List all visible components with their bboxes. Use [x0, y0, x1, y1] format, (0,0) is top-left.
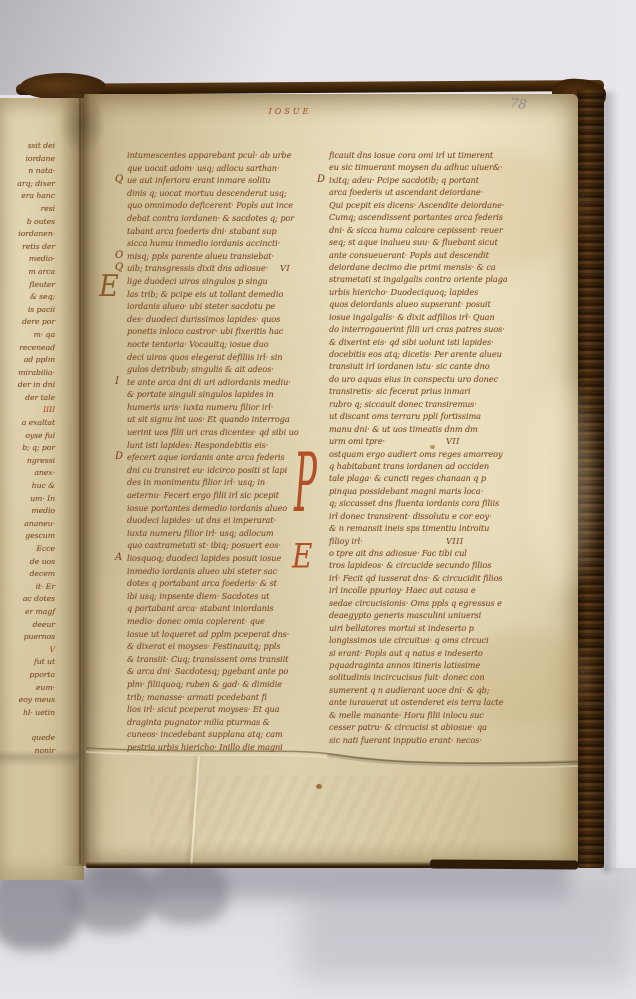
manuscript-text-line: IIII — [0, 404, 58, 417]
manuscript-text-line: rubro q; siccauit donec transiremus· — [329, 399, 521, 411]
line-text: dinis q; uocat mortuu descenderut usq; — [127, 188, 287, 198]
line-text: ut sit signu int uos· Et quando interrog… — [127, 414, 290, 424]
line-text: m arca — [28, 267, 55, 276]
manuscript-text-line: tale plaga· & cuncti reges chanaan q p — [329, 473, 521, 485]
manuscript-text-line: ponetis inloco castror· ubi fixeritis ha… — [127, 326, 307, 339]
line-text: que uocat adom· usq; adlocu sarthan· — [127, 163, 279, 173]
manuscript-text-line: iosue portantes demedio iordanis alueo — [127, 503, 307, 516]
manuscript-text-line: irl incolle ppurioy· Haec aut causa e — [329, 585, 521, 597]
manuscript-text-line: Ecce — [0, 543, 58, 556]
facing-page-fold-shadow — [0, 750, 84, 767]
line-text: deaegypto generis masculini uniuersi — [329, 610, 481, 620]
manuscript-text-line: pinqua possidebant magni maris loca· — [329, 486, 521, 498]
manuscript-text-line: urbis hiericho· Duodeciquoq; lapides — [329, 287, 521, 299]
line-text: iosue portantes demedio iordanis alueo — [127, 503, 287, 513]
line-text: ananeu· — [24, 519, 55, 528]
line-text: medio — [31, 506, 55, 515]
manuscript-text-line: seq; st aque inalueu suu· & fluebant sic… — [329, 237, 521, 249]
line-text: it· Er — [36, 582, 55, 591]
line-text: hl· uetin — [23, 708, 55, 717]
manuscript-text-line: Que aut inferiora erant inmare solitu — [127, 175, 307, 188]
line-text: dotes q portabant arca foederis· & st — [127, 578, 277, 588]
manuscript-text-line: dere por — [0, 316, 58, 329]
manuscript-text-line: aeternu· Fecert ergo filii irl sic pcepi… — [127, 490, 307, 503]
line-text: uib; transgressis dixit dns adiosue· — [127, 263, 268, 273]
manuscript-text-line: & n remansit ineis sps timentiu introitu — [329, 523, 521, 535]
parchment-stain — [530, 380, 590, 590]
manuscript-text-line: filioy irl·VIII — [329, 536, 521, 548]
manuscript-text-line: mirabilia· — [0, 367, 58, 380]
line-text: q habitabant trans iordanen ad occiden — [329, 461, 489, 471]
line-text: tros lapideos· & circucide secundo filio… — [329, 560, 491, 570]
manuscript-text-line: dinis q; uocat mortuu descenderut usq; — [127, 188, 307, 201]
line-text: aeternu· Fecert ergo filii irl sic pcepi… — [127, 490, 279, 500]
manuscript-text-line: V — [0, 644, 58, 657]
manuscript-text-line: ficauit dns iosue cora omi irl ut timere… — [329, 150, 521, 162]
line-text: si erant· Popls aut q natus e indeserto — [329, 648, 483, 658]
manuscript-text-line: iordanen· — [0, 228, 58, 241]
line-text: seq; st aque inalueu suu· & fluebant sic… — [329, 237, 498, 247]
manuscript-text-line: fleuter — [0, 279, 58, 292]
manuscript-text-line: & transiit· Cuq; transissent oms transii… — [127, 654, 307, 667]
manuscript-text-line: resi — [0, 203, 58, 216]
manuscript-text-line: dotes q portabant arca foederis· & st — [127, 578, 307, 591]
line-text: um· In — [30, 494, 55, 503]
manuscript-text-line: humeris uris· iuxta numeru filior irl· — [127, 402, 307, 415]
line-text: humeris uris· iuxta numeru filior irl· — [127, 402, 273, 412]
page-bottom-edge-dark — [430, 859, 578, 869]
manuscript-text-line: pporta — [0, 669, 58, 682]
parchment-texture — [150, 775, 480, 855]
manuscript-text-line: trib; manasse· armati pcedebant fi — [127, 692, 307, 705]
line-text: & dixerint eis· qd sibi uolunt isti lapi… — [329, 337, 494, 347]
manuscript-text-line: fut ut — [0, 656, 58, 669]
manuscript-text-line: quo castrametati st· ibiq; posuert eos· — [127, 540, 307, 553]
line-text: deci uiros quos elegerat defiliis irl· s… — [127, 352, 282, 362]
manuscript-text-line: deiordane decimo die primi mensis· & ca — [329, 262, 521, 274]
line-text: misq; ppls parente alueu transiebat· — [127, 251, 274, 261]
manuscript-text-line: b outes — [0, 216, 58, 229]
manuscript-text-line: Defecert aque iordanis ante arca federis — [127, 452, 307, 465]
line-text: efecert aque iordanis ante arca federis — [127, 452, 285, 462]
line-text: lunt isti lapides: Respondebitis eis· — [127, 440, 268, 450]
line-text: trib; manasse· armati pcedebant fi — [127, 692, 267, 702]
line-text: oyse fui — [25, 431, 55, 440]
line-text: irl donec transirent· dissolutu e cor eo… — [329, 511, 491, 521]
line-text: der tale — [25, 393, 55, 402]
folio-number: 78 — [509, 96, 527, 113]
line-text: & melle manante· Horu filii inlocu suc — [329, 710, 484, 720]
line-text: & dixerat ei moyses· Festinauitq; ppls — [127, 641, 280, 651]
manuscript-text-line: irl· Fecit qd iusserat dns· & circucidit… — [329, 573, 521, 585]
manuscript-text-line: lios irl· sicut pceperat moyses· Et qua — [127, 704, 307, 717]
line-text: pquadraginta annos itineris latissime — [329, 660, 480, 670]
line-text: ixitq; adeu· Pcipe sacdotib; q portant — [329, 175, 479, 185]
manuscript-text-line: Cumq; ascendissent portantes arca federi… — [329, 212, 521, 224]
manuscript-text-line: iosue ut loqueret ad pplm pceperat dns· — [127, 629, 307, 642]
line-text: recenead — [19, 343, 55, 352]
decorated-initial-P: P — [294, 444, 317, 526]
gutter-shadow — [58, 94, 106, 154]
manuscript-text-line: um· In — [0, 493, 58, 506]
line-text: te ante arca dni di uri adiordanis mediu… — [127, 377, 291, 387]
line-text: intumescentes apparebant pcul· ab urbe — [127, 150, 291, 160]
line-text: eum· — [36, 683, 55, 692]
manuscript-text-line: inmedio iordanis alueo ubi steter sac — [127, 566, 307, 579]
line-text: ssit dei — [28, 141, 55, 150]
manuscript-text-line: iordane — [0, 153, 58, 166]
line-text: ficauit dns iosue cora omi irl ut timere… — [329, 150, 493, 160]
manuscript-text-line: Dixitq; adeu· Pcipe sacdotib; q portant — [329, 175, 521, 187]
line-text: quo castrametati st· ibiq; posuert eos· — [127, 540, 281, 550]
manuscript-text-line: iosue ingalgalis· & dixit adfilios irl· … — [329, 312, 521, 324]
line-text: ante iurauerat ut ostenderet eis terra l… — [329, 697, 503, 707]
manuscript-text-line: & portate singuli singulos lapides in — [127, 389, 307, 402]
manuscript-text-line: arq; dixer — [0, 178, 58, 191]
manuscript-text-line: hl· uetin — [0, 707, 58, 720]
manuscript-text-line: q; siccasset dns fluenta iordanis cora f… — [329, 498, 521, 510]
manuscript-text-line: lunt isti lapides: Respondebitis eis· — [127, 440, 307, 453]
manuscript-text-line: ngressi — [0, 455, 58, 468]
manuscript-text-line: plm· filiiquoq; ruben & gad· & dimidie — [127, 679, 307, 692]
line-text: ibi usq; inpsente diem· Sacdotes ut — [127, 591, 269, 601]
manuscript-text-line: medio — [0, 505, 58, 518]
line-text: o tpre ait dns adiosue· Fac tibi cul — [329, 548, 467, 558]
line-text: urbis hiericho· Duodeciquoq; lapides — [329, 287, 478, 297]
manuscript-text-line: q habitabant trans iordanen ad occiden — [329, 461, 521, 473]
line-text: Cumq; ascendissent portantes arca federi… — [329, 212, 503, 222]
manuscript-text-line: m arca — [0, 266, 58, 279]
manuscript-text-line — [0, 719, 58, 732]
manuscript-text-line: gulos detribub; singulis & ait adeos· — [127, 364, 307, 377]
manuscript-text-line: pquadraginta annos itineris latissime — [329, 660, 521, 672]
line-text: ante consueuerant· Popls aut descendit — [329, 250, 489, 260]
line-text: tale plaga· & cuncti reges chanaan q p — [329, 473, 486, 483]
line-text: b outes — [27, 217, 55, 226]
manuscript-text-line: arca foederis ut ascendant deiordane· — [329, 187, 521, 199]
manuscript-text-line: quede — [0, 732, 58, 745]
line-text: der in dni — [18, 380, 55, 389]
manuscript-text-line: deeur — [0, 619, 58, 632]
line-text: deiordane decimo die primi mensis· & ca — [329, 262, 496, 272]
manuscript-text-line: iordanis alueo· ubi steter sacdotu pe — [127, 301, 307, 314]
line-text: ue aut inferiora erant inmare solitu — [127, 175, 270, 185]
line-text: q portabant arca· stabant iniordanis — [127, 603, 274, 613]
line-text: dni· & sicca humu calcare cepissent· reu… — [329, 225, 503, 235]
line-text: ostquam ergo audiert oms reges amorreoy — [329, 449, 502, 459]
line-text: solitudinis incircucisus fuit· donec con — [329, 672, 485, 682]
line-text: retis der — [22, 242, 55, 251]
line-text: uiri bellatores mortui st indeserto p — [329, 623, 474, 633]
manuscript-text-line: b; q; por — [0, 442, 58, 455]
line-text: lige duodeci uiros singulos p singu — [127, 276, 268, 286]
line-text: inmedio iordanis alueo ubi steter sac — [127, 566, 277, 576]
line-text: las trib; & pcipe eis ut tollant demedio — [127, 289, 283, 299]
manuscript-text-line: ac dotes — [0, 593, 58, 606]
manuscript-text-line: ante iurauerat ut ostenderet eis terra l… — [329, 697, 521, 709]
manuscript-text-line: intumescentes apparebant pcul· ab urbe — [127, 150, 307, 163]
book-shadow — [300, 880, 630, 980]
manuscript-text-line: do interrogauerint filii uri cras patres… — [329, 324, 521, 336]
manuscript-text-line: do uro aquas eius in conspectu uro donec — [329, 374, 521, 386]
line-text: irl· Fecit qd iusserat dns· & circucidit… — [329, 573, 503, 583]
line-text: nocte tentoria· Vocauitq; iosue duo — [127, 339, 269, 349]
line-text: medio· — [29, 254, 55, 263]
manuscript-text-line: ostquam ergo audiert oms reges amorreoy — [329, 449, 521, 461]
line-text: manu dni· & ut uos timeatis dnm dm — [329, 424, 478, 434]
manuscript-text-line: Ite ante arca dni di uri adiordanis medi… — [127, 377, 307, 390]
line-text: debat contra iordanen· & sacdotes q; por — [127, 213, 294, 223]
line-text: pinqua possidebant magni maris loca· — [329, 486, 483, 496]
line-text: puernos — [24, 632, 55, 641]
chapter-numeral: VII — [446, 436, 460, 447]
line-text: q; siccasset dns fluenta iordanis cora f… — [329, 498, 499, 508]
manuscript-text-line: des in monimentu filior irl· usq; in — [127, 477, 307, 490]
manuscript-text-line: manu dni· & ut uos timeatis dnm dm — [329, 424, 521, 436]
manuscript-text-line: transiuit irl iordanen istu· sic cante d… — [329, 361, 521, 373]
line-text: a exaltat — [22, 418, 55, 427]
manuscript-text-line: medio· — [0, 253, 58, 266]
manuscript-text-line: dni· & sicca humu calcare cepissent· reu… — [329, 225, 521, 237]
manuscript-text-line: it· Er — [0, 581, 58, 594]
running-header: iosue — [230, 104, 350, 117]
manuscript-text-line: ad pplm — [0, 354, 58, 367]
line-text: deeur — [33, 620, 55, 629]
line-initial: I — [115, 376, 119, 387]
book-shadow-right — [603, 92, 619, 872]
chapter-numeral: VIII — [446, 536, 464, 547]
facing-page-text-column: ssit deiiordanen nata·arq; dixerera hanc… — [0, 140, 58, 757]
line-text: b; q; por — [22, 443, 55, 452]
manuscript-text-line: is pacii — [0, 304, 58, 317]
line-text: & transiit· Cuq; transissent oms transii… — [127, 654, 288, 664]
manuscript-text-line: anex· — [0, 467, 58, 480]
manuscript-text-line: ssit dei — [0, 140, 58, 153]
manuscript-text-line: & arca dni· Sacdotesq; pgebant ante po — [127, 666, 307, 679]
line-text: des· duodeci durissimos lapides· quos — [127, 314, 280, 324]
manuscript-text-line: era hanc — [0, 190, 58, 203]
manuscript-text-line: oyse fui — [0, 430, 58, 443]
manuscript-text-line: er magf — [0, 606, 58, 619]
line-initial: Q — [115, 174, 123, 185]
manuscript-text-line: ut discant oms terraru ppli fortissima — [329, 411, 521, 423]
line-text: pporta — [29, 670, 55, 679]
line-text: medio· donec omia coplerent· que — [127, 616, 265, 626]
manuscript-text-line: Omisq; ppls parente alueu transiebat· — [127, 251, 307, 264]
line-initial: D — [115, 451, 123, 462]
line-text: resi — [41, 204, 55, 213]
manuscript-text-line: tabant arca foederis dni· stabant sup — [127, 226, 307, 239]
line-text: iuxta numeru filior irl· usq; adlocum — [127, 528, 274, 538]
line-text: ngressi — [27, 456, 55, 465]
line-text: iordane — [26, 154, 56, 163]
line-text: Ecce — [36, 544, 55, 553]
manuscript-text-line: uiri bellatores mortui st indeserto p — [329, 623, 521, 635]
line-text: de uos — [30, 557, 55, 566]
line-text — [53, 720, 55, 729]
line-text: ut discant oms terraru ppli fortissima — [329, 411, 481, 421]
manuscript-text-line: lige duodeci uiros singulos p singu — [127, 276, 307, 289]
backdrop-right — [616, 0, 636, 999]
line-text: anex· — [34, 468, 55, 477]
line-initial: D — [317, 174, 325, 185]
line-initial: A — [115, 552, 122, 563]
manuscript-text-line: cesser patru· & circucisi st abiosue· qa — [329, 722, 521, 734]
manuscript-text-line: eoy meus — [0, 694, 58, 707]
line-text: gulos detribub; singulis & ait adeos· — [127, 364, 274, 374]
line-text: & portate singuli singulos lapides in — [127, 389, 274, 399]
manuscript-text-line: deaegypto generis masculini uniuersi — [329, 610, 521, 622]
manuscript-text-line: que uocat adom· usq; adlocu sarthan· — [127, 163, 307, 176]
line-text: iordanis alueo· ubi steter sacdotu pe — [127, 301, 275, 311]
manuscript-text-line: ibi usq; inpsente diem· Sacdotes ut — [127, 591, 307, 604]
manuscript-text-line: solitudinis incircucisus fuit· donec con — [329, 672, 521, 684]
manuscript-text-line: ante consueuerant· Popls aut descendit — [329, 250, 521, 262]
manuscript-text-line: tros lapideos· & circucide secundo filio… — [329, 560, 521, 572]
line-text: sicca humu inmedio iordanis accincti· — [127, 238, 280, 248]
line-text: fleuter — [29, 280, 55, 289]
line-text: eoy meus — [19, 695, 55, 704]
manuscript-text-line: n nata· — [0, 165, 58, 178]
decorated-initial-E: E — [292, 540, 312, 574]
manuscript-text-line: des· duodeci durissimos lapides· quos — [127, 314, 307, 327]
line-text: filioy irl· — [329, 536, 363, 546]
manuscript-text-line: o tpre ait dns adiosue· Fac tibi cul — [329, 548, 521, 560]
line-text: iordanen· — [18, 229, 55, 238]
manuscript-photo: iosue 78 ssit deiiordanen nata·arq; dixe… — [0, 0, 636, 999]
line-text: m· qa — [34, 330, 56, 339]
line-text: urm omi tpre· — [329, 436, 385, 446]
line-text: ponetis inloco castror· ubi fixeritis ha… — [127, 326, 283, 336]
line-text: longissimos uie circuitus· q oms circuci — [329, 635, 489, 645]
line-text: lios irl· sicut pceperat moyses· Et qua — [127, 704, 279, 714]
manuscript-text-line: eu sic timuerant moysen du adhuc uiuer&· — [329, 162, 521, 174]
manuscript-text-line: medio· donec omia coplerent· que — [127, 616, 307, 629]
parchment-fold-crease — [80, 736, 580, 782]
manuscript-text-line: quos deiordanis alueo supserant· posuit — [329, 299, 521, 311]
manuscript-text-line: duodeci lapides· ut dns ei imperarat· — [127, 515, 307, 528]
line-text: dere por — [22, 317, 55, 326]
line-text: sedae circucisionis· Oms ppls q egressus… — [329, 598, 502, 608]
manuscript-text-line: longissimos uie circuitus· q oms circuci — [329, 635, 521, 647]
line-text: fut ut — [34, 657, 55, 666]
line-text: do interrogauerint filii uri cras patres… — [329, 324, 505, 334]
line-text: dni cu transiret eu· idcirco positi st l… — [127, 465, 287, 475]
manuscript-text-line: m· qa — [0, 329, 58, 342]
manuscript-text-line: sedae circucisionis· Oms ppls q egressus… — [329, 598, 521, 610]
line-text: irl incolle ppurioy· Haec aut causa e — [329, 585, 476, 595]
manuscript-text-line: Qui pcepit eis dicens· Ascendite deiorda… — [329, 200, 521, 212]
line-text: strametati st ingalgalis contra oriente … — [329, 274, 508, 284]
manuscript-text-line: & dixerint eis· qd sibi uolunt isti lapi… — [329, 337, 521, 349]
line-text: Qui pcepit eis dicens· Ascendite deiorda… — [329, 200, 504, 210]
line-text: docebitis eos atq; dicetis· Per arente a… — [329, 349, 502, 359]
manuscript-text-line: retis der — [0, 241, 58, 254]
manuscript-text-line: draginta pugnator milia pturmas & — [127, 717, 307, 730]
line-text: draginta pugnator milia pturmas & — [127, 717, 270, 727]
manuscript-text-line: quo omnimodo deficerent· Popls aut ince — [127, 200, 307, 213]
manuscript-text-line: der tale — [0, 392, 58, 405]
manuscript-text-line: Quib; transgressis dixit dns adiosue·VI — [127, 263, 307, 276]
manuscript-text-line: si erant· Popls aut q natus e indeserto — [329, 648, 521, 660]
manuscript-text-line: transiretis· sic fecerat prius inmari — [329, 386, 521, 398]
line-text: n nata· — [28, 166, 55, 175]
line-text: do uro aquas eius in conspectu uro donec — [329, 374, 498, 384]
line-text: iosue ut loqueret ad pplm pceperat dns· — [127, 629, 289, 639]
line-text: liosquoq; duodeci lapides posuit iosue — [127, 553, 281, 563]
line-text: & n remansit ineis sps timentiu introitu — [329, 523, 489, 533]
manuscript-text-line: decem — [0, 568, 58, 581]
line-text: des in monimentu filior irl· usq; in — [127, 477, 265, 487]
decorated-initial-E: E — [99, 272, 119, 302]
manuscript-text-line: & dixerat ei moyses· Festinauitq; ppls — [127, 641, 307, 654]
manuscript-text-line: dni cu transiret eu· idcirco positi st l… — [127, 465, 307, 478]
manuscript-text-line: debat contra iordanen· & sacdotes q; por — [127, 213, 307, 226]
line-text: iosue ingalgalis· & dixit adfilios irl· … — [329, 312, 495, 322]
manuscript-text-line: sicca humu inmedio iordanis accincti· — [127, 238, 307, 251]
line-text: mirabilia· — [18, 368, 55, 377]
text-column-right: ficauit dns iosue cora omi irl ut timere… — [329, 150, 521, 747]
manuscript-text-line: a exaltat — [0, 417, 58, 430]
manuscript-text-line: nocte tentoria· Vocauitq; iosue duo — [127, 339, 307, 352]
line-text: transiuit irl iordanen istu· sic cante d… — [329, 361, 490, 371]
manuscript-text-line: recenead — [0, 342, 58, 355]
manuscript-text-line: deci uiros quos elegerat defiliis irl· s… — [127, 352, 307, 365]
manuscript-text-line: huc & — [0, 480, 58, 493]
manuscript-text-line: sumerent q n audierant uoce dni· & qb; — [329, 685, 521, 697]
manuscript-text-line: ananeu· — [0, 518, 58, 531]
manuscript-text-line: Aliosquoq; duodeci lapides posuit iosue — [127, 553, 307, 566]
line-text: quo omnimodo deficerent· Popls aut ince — [127, 200, 293, 210]
line-text: ad pplm — [24, 355, 55, 364]
line-text: sumerent q n audierant uoce dni· & qb; — [329, 685, 489, 695]
manuscript-text-line: q portabant arca· stabant iniordanis — [127, 603, 307, 616]
manuscript-text-line: eum· — [0, 682, 58, 695]
manuscript-text-line: & melle manante· Horu filii inlocu suc — [329, 710, 521, 722]
manuscript-text-line: strametati st ingalgalis contra oriente … — [329, 274, 521, 286]
manuscript-text-line: puernos — [0, 631, 58, 644]
manuscript-text-line: las trib; & pcipe eis ut tollant demedio — [127, 289, 307, 302]
line-text: IIII — [43, 405, 55, 414]
manuscript-text-line: & seq; — [0, 291, 58, 304]
chapter-numeral: VI — [280, 263, 290, 274]
manuscript-text-line: uerint uos filii uri cras dicentes· qd s… — [127, 427, 307, 440]
line-text: & seq; — [30, 292, 55, 301]
manuscript-text-line: de uos — [0, 556, 58, 569]
line-text: eu sic timuerant moysen du adhuc uiuer&· — [329, 162, 503, 172]
line-text: plm· filiiquoq; ruben & gad· & dimidie — [127, 679, 282, 689]
line-text: ac dotes — [23, 594, 55, 603]
line-text: huc & — [32, 481, 55, 490]
manuscript-text-line: iuxta numeru filior irl· usq; adlocum — [127, 528, 307, 541]
line-text: transiretis· sic fecerat prius inmari — [329, 386, 470, 396]
line-text: quos deiordanis alueo supserant· posuit — [329, 299, 491, 309]
line-text: decem — [30, 569, 55, 578]
line-initial: O — [115, 250, 123, 261]
manuscript-text-line: irl donec transirent· dissolutu e cor eo… — [329, 511, 521, 523]
line-text: quede — [31, 733, 55, 742]
line-text: & arca dni· Sacdotesq; pgebant ante po — [127, 666, 288, 676]
manuscript-text-line: der in dni — [0, 379, 58, 392]
line-text: tabant arca foederis dni· stabant sup — [127, 226, 277, 236]
manuscript-text-line: gescum — [0, 530, 58, 543]
line-text: arca foederis ut ascendant deiordane· — [329, 187, 483, 197]
line-text: arq; dixer — [17, 179, 55, 188]
line-text: uerint uos filii uri cras dicentes· qd s… — [127, 427, 299, 437]
line-text: cesser patru· & circucisi st abiosue· qa — [329, 722, 487, 732]
manuscript-text-line: ut sit signu int uos· Et quando interrog… — [127, 414, 307, 427]
line-text: V — [49, 645, 55, 654]
